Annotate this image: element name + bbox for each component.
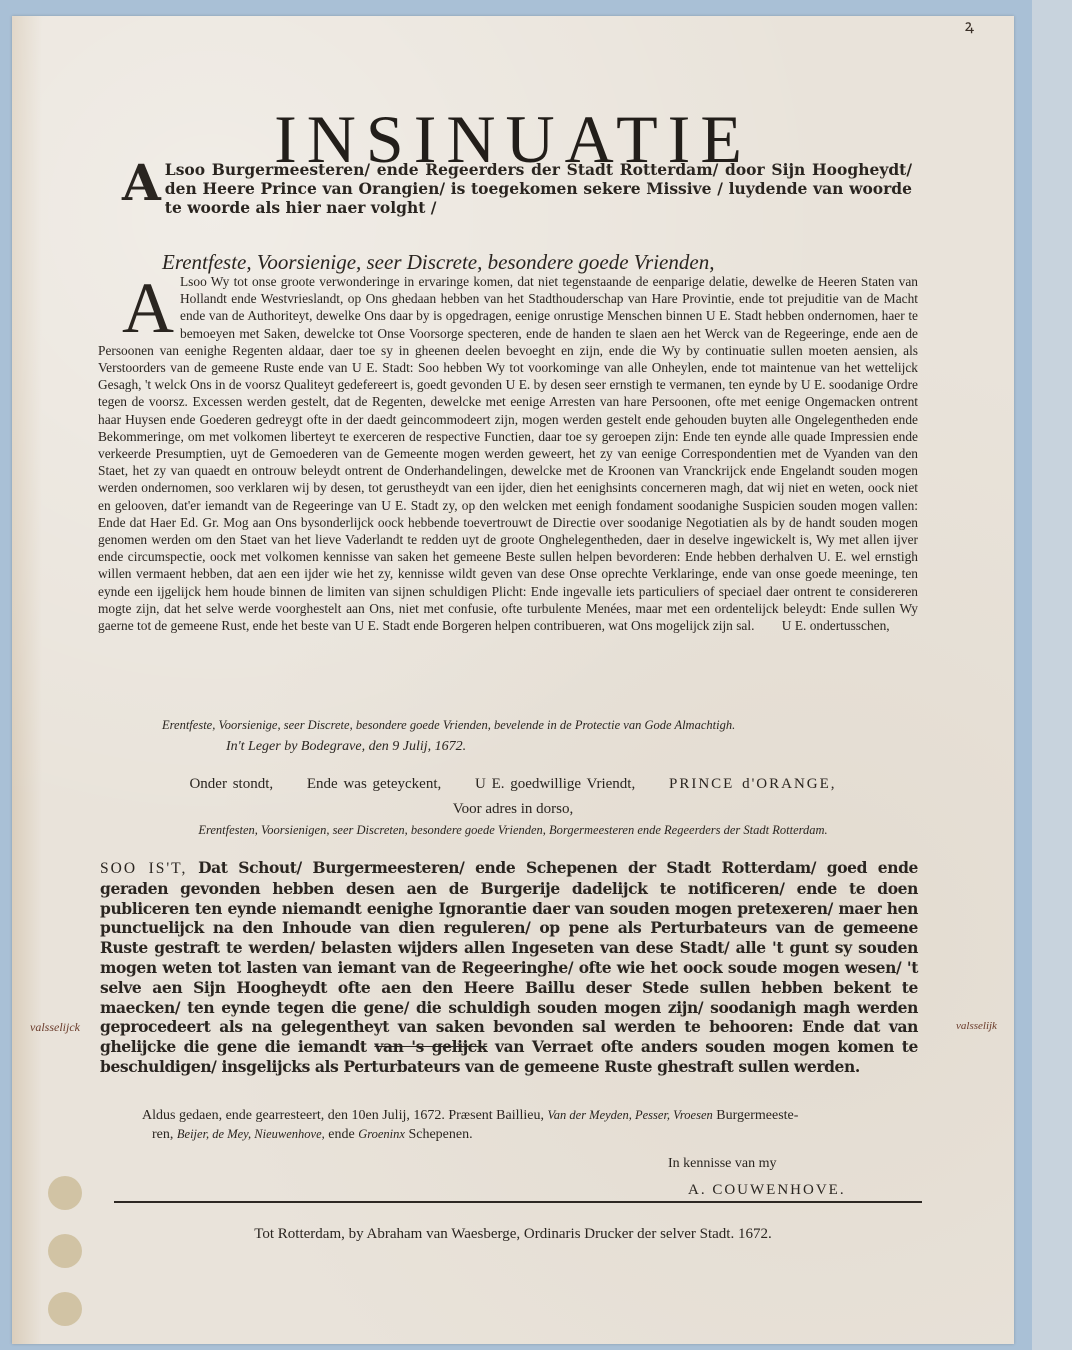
stain-mark <box>48 1176 82 1210</box>
signature-part: Onder stondt, <box>189 776 273 792</box>
place-date: In't Leger by Bodegrave, den 9 Julij, 16… <box>226 739 466 755</box>
enactment-text: Schepenen. <box>408 1127 472 1142</box>
stain-mark <box>48 1292 82 1326</box>
letter-dropcap: A <box>122 277 174 339</box>
attestation-label: In kennisse van my <box>668 1156 776 1172</box>
margin-note-right: valsselijk <box>956 1020 997 1032</box>
address-line: Erentfesten, Voorsienigen, seer Discrete… <box>12 823 1014 838</box>
enactment-text: Aldus gedaen, ende gearresteert, den 10e… <box>142 1108 544 1123</box>
document-sheet: ꝝ INSINUATIE A Lsoo Burgermeesteren/ end… <box>12 16 1014 1344</box>
enactment-text: ren, <box>152 1127 173 1142</box>
intro-paragraph: A Lsoo Burgermeesteren/ ende Regeerders … <box>122 160 912 217</box>
enactment-text: ende <box>328 1127 354 1142</box>
letter-body: A Lsoo Wy tot onse groote verwonderinge … <box>98 273 918 634</box>
signature-part: U E. goedwillige Vriendt, <box>475 776 635 792</box>
struck-text: van 's gelijck <box>374 1037 487 1056</box>
letter-closing: Erentfeste, Voorsienige, seer Discrete, … <box>162 718 735 733</box>
enactment-line-1: Aldus gedaen, ende gearresteert, den 10e… <box>142 1106 942 1125</box>
burgomaster-names: Van der Meyden, Pesser, Vroesen <box>548 1108 713 1122</box>
letter-text: Lsoo Wy tot onse groote verwonderinge in… <box>98 274 918 633</box>
margin-note-left: valsselijck <box>30 1020 80 1035</box>
alderman-name: Groeninx <box>358 1127 405 1141</box>
letter-tail: U E. ondertusschen, <box>782 618 890 633</box>
corner-handwritten-mark: ꝝ <box>965 14 974 36</box>
intro-dropcap: A <box>122 160 161 206</box>
printer-imprint: Tot Rotterdam, by Abraham van Waesberge,… <box>12 1226 1014 1243</box>
attestation-name: A. COUWENHOVE. <box>688 1182 846 1199</box>
decree-text: Dat Schout/ Burgermeesteren/ ende Schepe… <box>100 858 918 1056</box>
enactment-text: Burgermeeste- <box>716 1108 798 1123</box>
decree-paragraph: SOO IS'T, Dat Schout/ Burgermeesteren/ e… <box>100 858 918 1077</box>
backdrop <box>1032 0 1072 1350</box>
enactment-paragraph: Aldus gedaen, ende gearresteert, den 10e… <box>142 1106 942 1144</box>
intro-text: Lsoo Burgermeesteren/ ende Regeerders de… <box>165 160 912 217</box>
divider-rule <box>114 1201 922 1203</box>
signature-part: Ende was geteyckent, <box>307 776 441 792</box>
enactment-line-2: ren, Beijer, de Mey, Nieuwenhove, ende G… <box>142 1125 942 1144</box>
salutation: Erentfeste, Voorsienige, seer Discrete, … <box>162 250 714 275</box>
signature-line: Onder stondt, Ende was geteyckent, U E. … <box>12 776 1014 793</box>
alderman-names: Beijer, de Mey, Nieuwenhove, <box>177 1127 325 1141</box>
signatory-name: PRINCE d'ORANGE, <box>669 776 837 792</box>
decree-lead: SOO IS'T, <box>100 860 187 877</box>
dorso-note: Voor adres in dorso, <box>12 801 1014 818</box>
